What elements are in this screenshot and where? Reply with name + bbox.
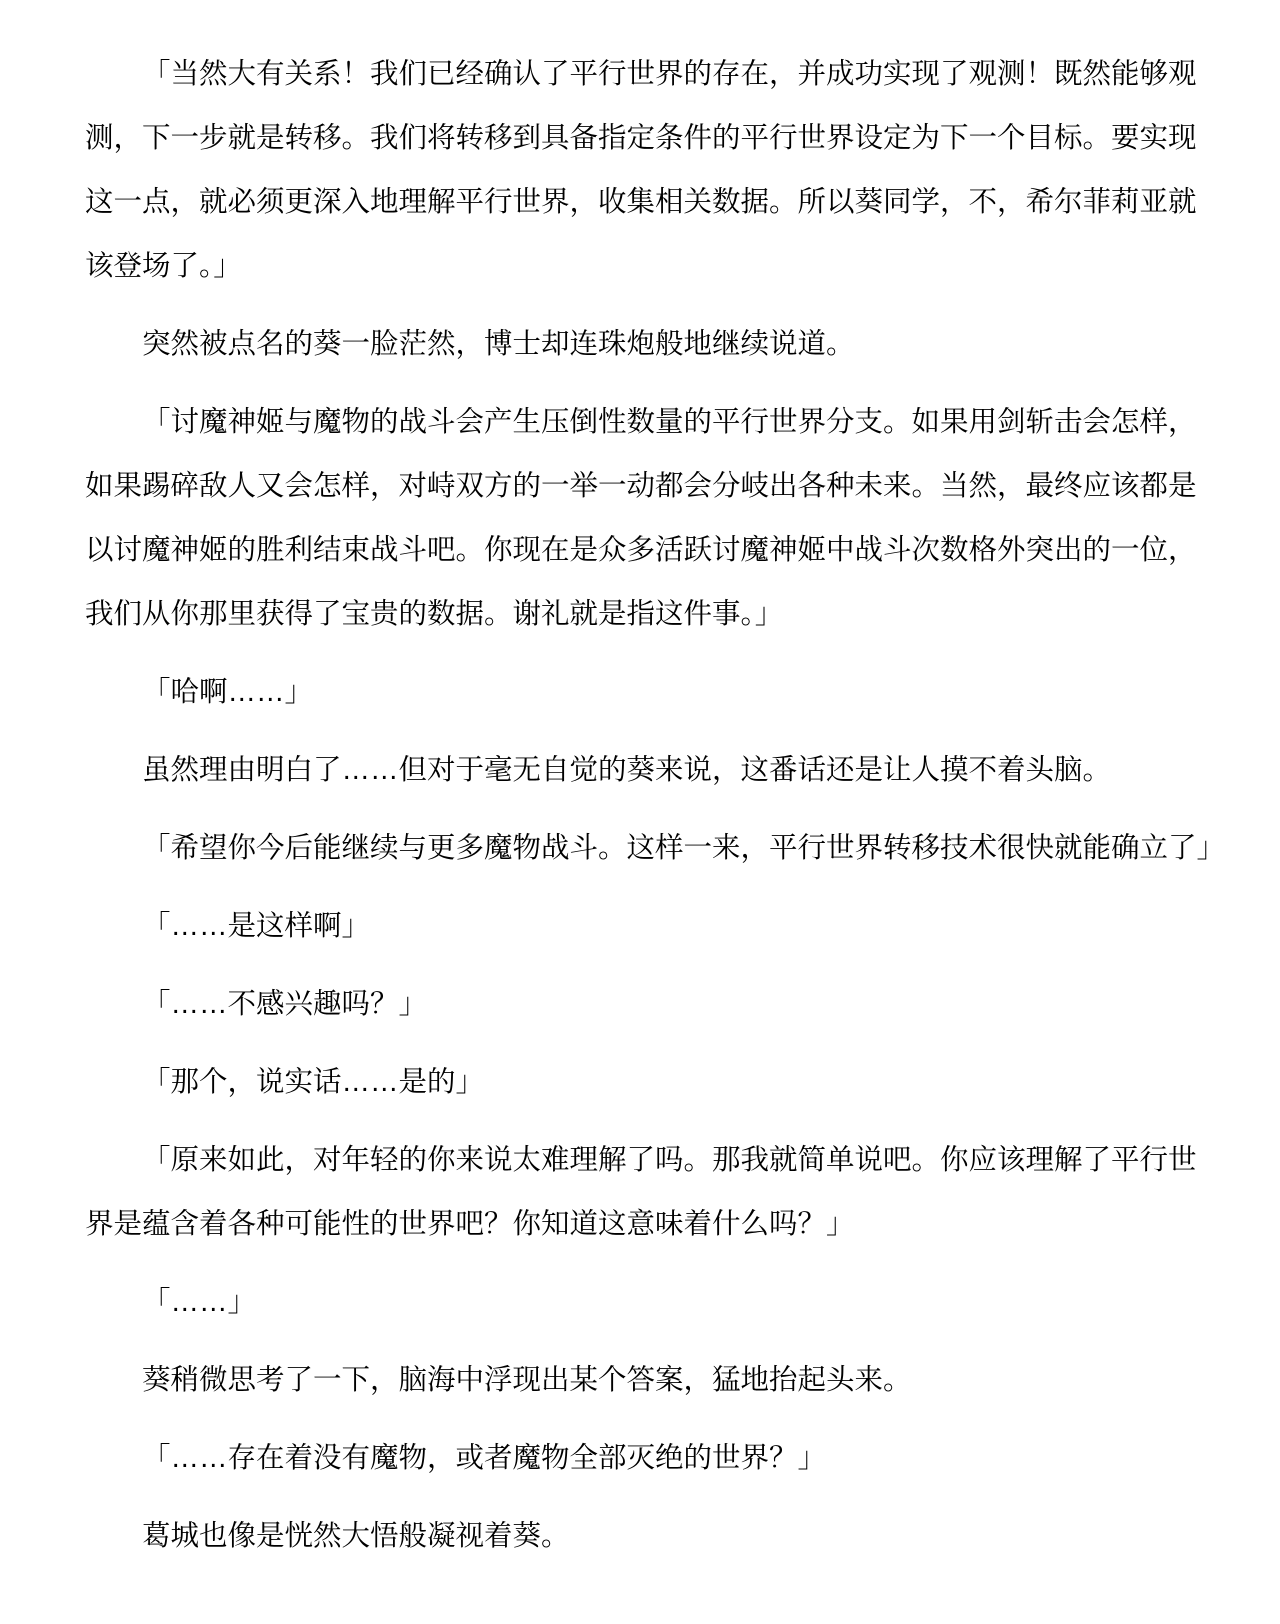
text-line: 葛城也像是恍然大悟般凝视着葵。 (85, 1504, 1198, 1568)
text-line: 虽然理由明白了……但对于毫无自觉的葵来说，这番话还是让人摸不着头脑。 (85, 738, 1198, 802)
text-line: 这一点，就必须更深入地理解平行世界，收集相关数据。所以葵同学，不，希尔菲莉亚就 (85, 170, 1198, 234)
text-line: 「当然大有关系！我们已经确认了平行世界的存在，并成功实现了观测！既然能够观 (85, 42, 1198, 106)
paragraph: 「……」 (85, 1270, 1198, 1334)
text-line: 该登场了。」 (85, 234, 1198, 298)
paragraph: 「希望你今后能继续与更多魔物战斗。这样一来，平行世界转移技术很快就能确立了」 (85, 816, 1198, 880)
text-line: 「……」 (85, 1270, 1198, 1334)
text-line: 如果踢碎敌人又会怎样，对峙双方的一举一动都会分岐出各种未来。当然，最终应该都是 (85, 454, 1198, 518)
text-line: 界是蕴含着各种可能性的世界吧？你知道这意味着什么吗？」 (85, 1192, 1198, 1256)
text-line: 「原来如此，对年轻的你来说太难理解了吗。那我就简单说吧。你应该理解了平行世 (85, 1128, 1198, 1192)
paragraph: 「当然大有关系！我们已经确认了平行世界的存在，并成功实现了观测！既然能够观测，下… (85, 42, 1198, 298)
text-line: 我们从你那里获得了宝贵的数据。谢礼就是指这件事。」 (85, 582, 1198, 646)
text-line: 测，下一步就是转移。我们将转移到具备指定条件的平行世界设定为下一个目标。要实现 (85, 106, 1198, 170)
text-line: 「讨魔神姬与魔物的战斗会产生压倒性数量的平行世界分支。如果用剑斩击会怎样， (85, 390, 1198, 454)
paragraph: 「……是这样啊」 (85, 894, 1198, 958)
paragraph: 突然被点名的葵一脸茫然，博士却连珠炮般地继续说道。 (85, 312, 1198, 376)
paragraph: 「原来如此，对年轻的你来说太难理解了吗。那我就简单说吧。你应该理解了平行世界是蕴… (85, 1128, 1198, 1256)
text-content: 「当然大有关系！我们已经确认了平行世界的存在，并成功实现了观测！既然能够观测，下… (85, 42, 1198, 1568)
paragraph: 葛城也像是恍然大悟般凝视着葵。 (85, 1504, 1198, 1568)
text-line: 以讨魔神姬的胜利结束战斗吧。你现在是众多活跃讨魔神姬中战斗次数格外突出的一位， (85, 518, 1198, 582)
text-line: 「……存在着没有魔物，或者魔物全部灭绝的世界？」 (85, 1426, 1198, 1490)
text-line: 「那个，说实话……是的」 (85, 1050, 1198, 1114)
paragraph: 虽然理由明白了……但对于毫无自觉的葵来说，这番话还是让人摸不着头脑。 (85, 738, 1198, 802)
text-line: 葵稍微思考了一下，脑海中浮现出某个答案，猛地抬起头来。 (85, 1348, 1198, 1412)
paragraph: 「……存在着没有魔物，或者魔物全部灭绝的世界？」 (85, 1426, 1198, 1490)
text-line: 「……不感兴趣吗？」 (85, 972, 1198, 1036)
text-line: 「哈啊……」 (85, 660, 1198, 724)
paragraph: 「讨魔神姬与魔物的战斗会产生压倒性数量的平行世界分支。如果用剑斩击会怎样，如果踢… (85, 390, 1198, 646)
text-line: 「……是这样啊」 (85, 894, 1198, 958)
paragraph: 「那个，说实话……是的」 (85, 1050, 1198, 1114)
text-line: 「希望你今后能继续与更多魔物战斗。这样一来，平行世界转移技术很快就能确立了」 (85, 816, 1198, 880)
text-line: 突然被点名的葵一脸茫然，博士却连珠炮般地继续说道。 (85, 312, 1198, 376)
document-page: 「当然大有关系！我们已经确认了平行世界的存在，并成功实现了观测！既然能够观测，下… (0, 0, 1280, 1624)
paragraph: 葵稍微思考了一下，脑海中浮现出某个答案，猛地抬起头来。 (85, 1348, 1198, 1412)
paragraph: 「哈啊……」 (85, 660, 1198, 724)
paragraph: 「……不感兴趣吗？」 (85, 972, 1198, 1036)
